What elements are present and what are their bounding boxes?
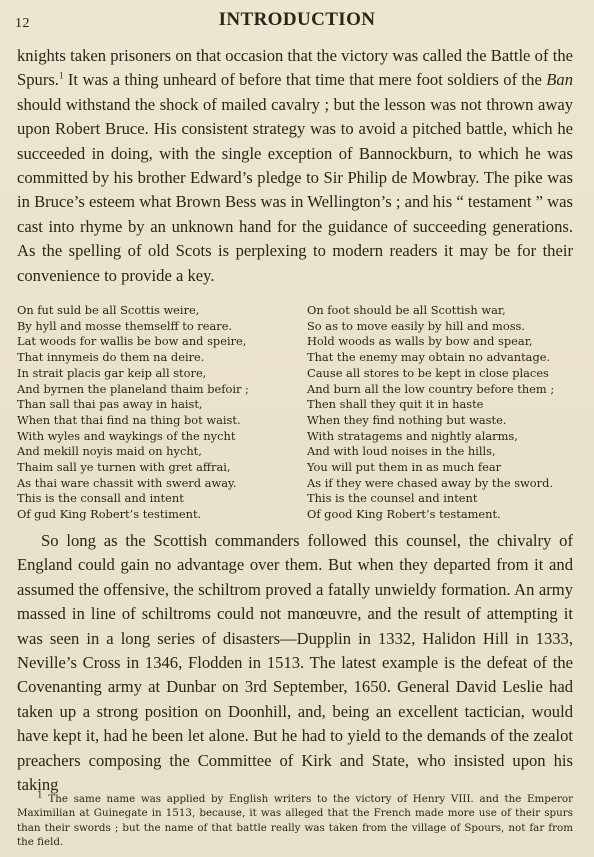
verse-line: Then shall they quit it in haste	[307, 397, 577, 413]
verse-line: When they find nothing but waste.	[307, 413, 577, 429]
verse-line: On foot should be all Scottish war,	[307, 303, 577, 319]
verse-line: Lat woods for wallis be bow and speire,	[17, 334, 307, 350]
verse-line: On fut suld be all Scottis weire,	[17, 303, 307, 319]
verse-line: This is the counsel and intent	[307, 491, 577, 507]
verse-scots-column: On fut suld be all Scottis weire, By hyl…	[17, 303, 307, 523]
verse-line: By hyll and mosse themselff to reare.	[17, 319, 307, 335]
italic-term-ban: Ban	[546, 70, 573, 89]
running-head: INTRODUCTION	[0, 9, 594, 31]
paragraph-2: So long as the Scottish commanders follo…	[17, 529, 573, 797]
paragraph-1: knights taken prisoners on that occasion…	[17, 44, 573, 288]
footnote: 1 The same name was applied by English w…	[17, 792, 573, 850]
verse-line: Thaim sall ye turnen with gret affrai,	[17, 460, 307, 476]
verse-line: Cause all stores to be kept in close pla…	[307, 366, 577, 382]
verse-line: With stratagems and nightly alarms,	[307, 429, 577, 445]
verse-block: On fut suld be all Scottis weire, By hyl…	[17, 303, 577, 523]
verse-english-column: On foot should be all Scottish war, So a…	[307, 303, 577, 523]
verse-line: So as to move easily by hill and moss.	[307, 319, 577, 335]
book-page: 12 INTRODUCTION knights taken prisoners …	[0, 0, 594, 857]
verse-line: And burn all the low country before them…	[307, 382, 577, 398]
footnote-text: The same name was applied by English wri…	[17, 793, 573, 848]
verse-line: Of good King Robert’s testament.	[307, 507, 577, 523]
verse-line: With wyles and waykings of the nycht	[17, 429, 307, 445]
verse-line: You will put them in as much fear	[307, 460, 577, 476]
verse-line: And mekill noyis maid on hycht,	[17, 444, 307, 460]
verse-line: As if they were chased away by the sword…	[307, 476, 577, 492]
verse-line: Hold woods as walls by bow and spear,	[307, 334, 577, 350]
verse-line: That innymeis do them na deire.	[17, 350, 307, 366]
verse-line: As thai ware chassit with swerd away.	[17, 476, 307, 492]
paragraph-1-part-b: It was a thing unheard of before that ti…	[63, 70, 546, 89]
verse-line: And with loud noises in the hills,	[307, 444, 577, 460]
verse-line: Of gud King Robert’s testiment.	[17, 507, 307, 523]
verse-line: When that thai find na thing bot waist.	[17, 413, 307, 429]
verse-line: In strait placis gar keip all store,	[17, 366, 307, 382]
verse-line: Than sall thai pas away in haist,	[17, 397, 307, 413]
paragraph-1-part-c: should withstand the shock of mailed cav…	[17, 95, 573, 285]
verse-line: That the enemy may obtain no advantage.	[307, 350, 577, 366]
verse-line: And byrnen the planeland thaim befoir ;	[17, 382, 307, 398]
verse-line: This is the consall and intent	[17, 491, 307, 507]
